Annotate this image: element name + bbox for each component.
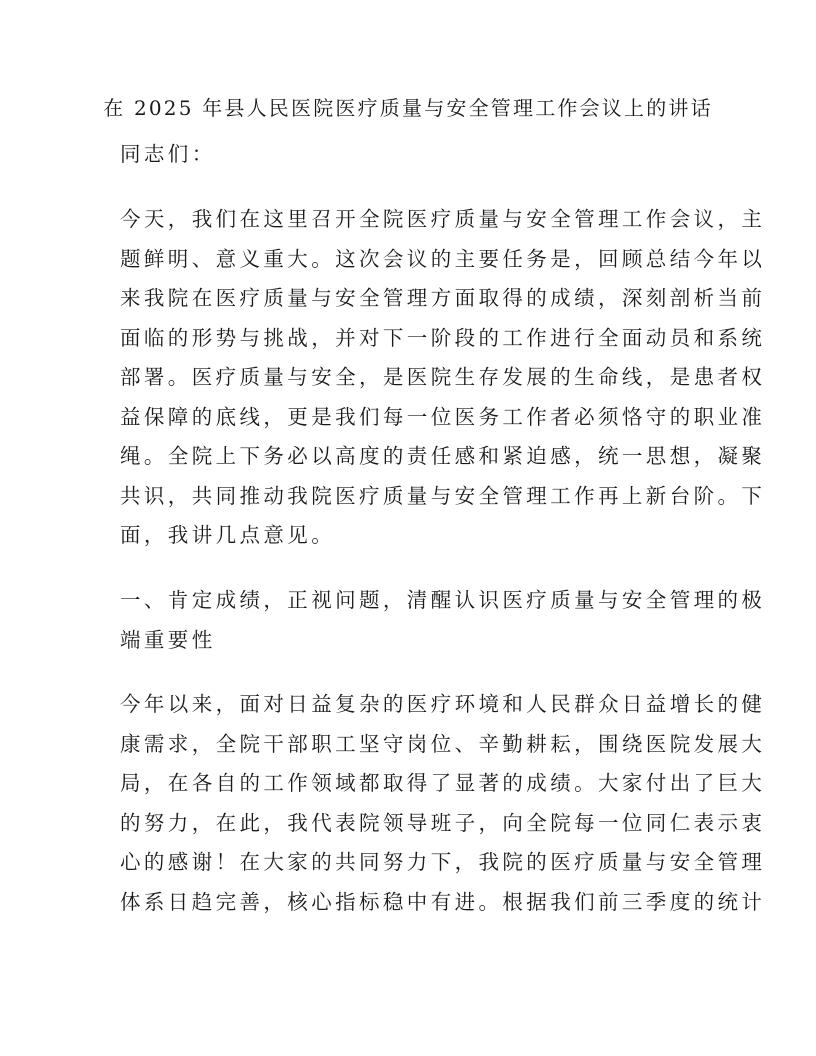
paragraph-line: 面，我讲几点意见。 [120, 521, 720, 549]
paragraph-line: 绳。全院上下务必以高度的责任感和紧迫感，统一思想，凝聚 [120, 442, 720, 470]
heading-line: 端重要性 [120, 626, 720, 654]
paragraph-line: 体系日趋完善，核心指标稳中有进。根据我们前三季度的统计 [120, 888, 720, 916]
document-title: 在 2025 年县人民医院医疗质量与安全管理工作会议上的讲话 [0, 94, 816, 122]
paragraph-line: 今天，我们在这里召开全院医疗质量与安全管理工作会议，主 [120, 205, 720, 233]
paragraph-line: 康需求，全院干部职工坚守岗位、辛勤耕耘，围绕医院发展大 [120, 730, 720, 758]
paragraph-line: 今年以来，面对日益复杂的医疗环境和人民群众日益增长的健 [120, 690, 720, 718]
paragraph-line: 部署。医疗质量与安全，是医院生存发展的生命线，是患者权 [120, 363, 720, 391]
paragraph-line: 局，在各自的工作领域都取得了显著的成绩。大家付出了巨大 [120, 769, 720, 797]
paragraph-line: 益保障的底线，更是我们每一位医务工作者必须恪守的职业准 [120, 403, 720, 431]
paragraph-line: 题鲜明、意义重大。这次会议的主要任务是，回顾总结今年以 [120, 245, 720, 273]
paragraph-line: 心的感谢！在大家的共同努力下，我院的医疗质量与安全管理 [120, 848, 720, 876]
paragraph-line: 的努力，在此，我代表院领导班子，向全院每一位同仁表示衷 [120, 809, 720, 837]
heading-line: 一、肯定成绩，正视问题，清醒认识医疗质量与安全管理的极 [120, 586, 720, 614]
paragraph-line: 共识，共同推动我院医疗质量与安全管理工作再上新台阶。下 [120, 482, 720, 510]
salutation: 同志们： [120, 140, 720, 168]
document-page: 在 2025 年县人民医院医疗质量与安全管理工作会议上的讲话 同志们： 今天，我… [0, 0, 816, 1056]
paragraph-line: 面临的形势与挑战，并对下一阶段的工作进行全面动员和系统 [120, 324, 720, 352]
paragraph-line: 来我院在医疗质量与安全管理方面取得的成绩，深刻剖析当前 [120, 284, 720, 312]
